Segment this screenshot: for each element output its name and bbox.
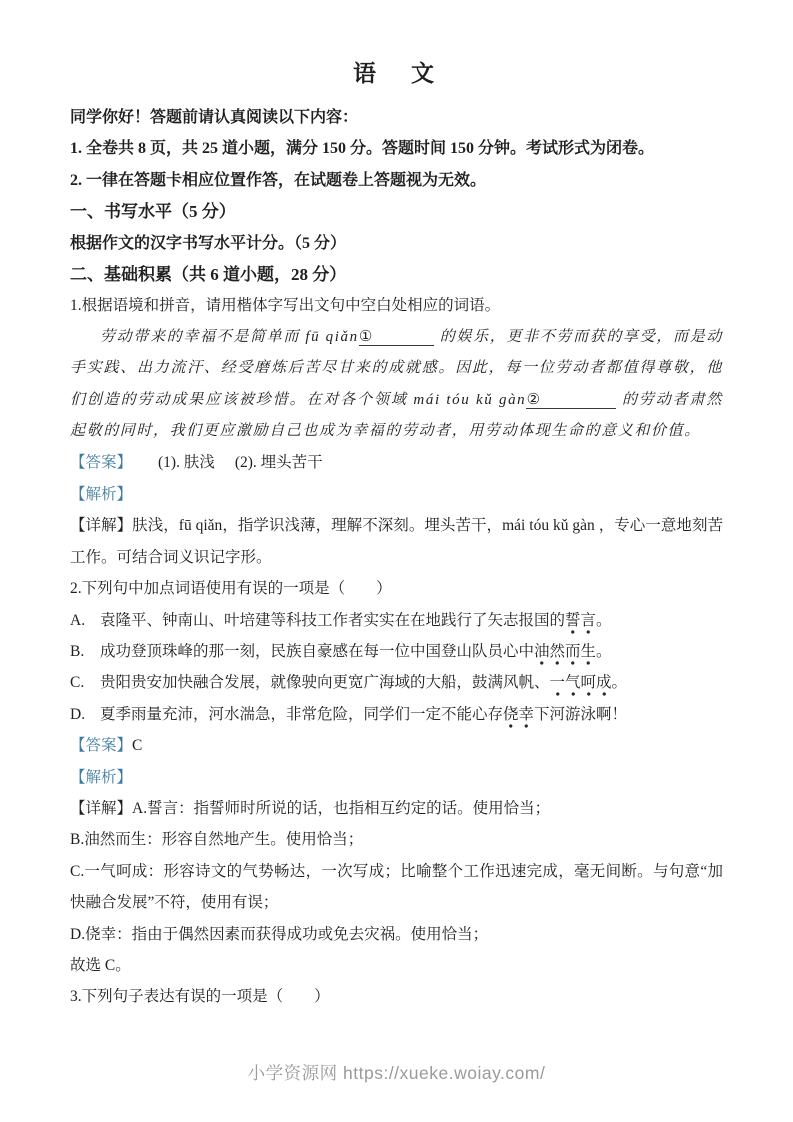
detail-label: 【详解】 [70, 800, 132, 817]
q1-passage: 劳动带来的幸福不是简单而 fū qiǎn① 的娱乐，更非不劳而获的享受，而是动手… [70, 322, 723, 448]
q1-detail: 【详解】肤浅，fū qiǎn，指学识浅薄，理解不深刻。埋头苦干，mái tóu … [70, 510, 723, 573]
option-label: C. [70, 667, 100, 698]
exam-page: 语 文 同学你好！答题前请认真阅读以下内容： 1. 全卷共 8 页，共 25 道… [0, 0, 793, 1013]
q2-option-a: A.袁隆平、钟南山、叶培建等科技工作者实实在在地践行了矢志报国的誓言。 [70, 605, 723, 636]
q1-detail-text: 肤浅，fū qiǎn，指学识浅薄，理解不深刻。埋头苦干，mái tóu kǔ g… [70, 517, 723, 565]
q1-answer-2: (2). 埋头苦干 [235, 454, 323, 471]
q2-analysis-line: 【解析】 [70, 762, 723, 793]
detail-label: 【详解】 [70, 517, 132, 534]
q2-detail-a-text: A.誓言：指誓师时所说的话，也指相互约定的话。使用恰当； [132, 800, 550, 817]
analysis-label: 【解析】 [70, 486, 132, 503]
option-text-end: 。 [596, 612, 612, 629]
q2-option-b: B.成功登顶珠峰的那一刻，民族自豪感在每一位中国登山队员心中油然而生。 [70, 636, 723, 667]
circled-number-2: ② [526, 392, 540, 408]
option-label: A. [70, 605, 100, 636]
option-text: 成功登顶珠峰的那一刻，民族自豪感在每一位中国登山队员心中 [100, 643, 534, 660]
q3-stem: 3.下列句子表达有误的一项是（ ） [70, 981, 723, 1012]
option-text-end: 。 [596, 643, 612, 660]
emphasized-word: 誓言 [565, 612, 596, 635]
q1-answer-1: (1). 肤浅 [158, 454, 215, 471]
q1-analysis-line: 【解析】 [70, 479, 723, 510]
emphasized-word: 侥幸 [503, 706, 534, 729]
option-text: 夏季雨量充沛，河水湍急，非常危险，同学们一定不能心存 [100, 706, 503, 723]
q2-stem: 2.下列句中加点词语使用有误的一项是（ ） [70, 573, 723, 604]
page-title: 语 文 [70, 56, 723, 92]
q1-stem: 1.根据语境和拼音，请用楷体字写出文句中空白处相应的词语。 [70, 290, 723, 321]
answer-label: 【答案】 [70, 737, 132, 754]
q2-answer: C [132, 737, 142, 754]
passage-text-1: 劳动带来的幸福不是简单而 fū qiǎn [100, 329, 359, 345]
q2-answer-line: 【答案】C [70, 730, 723, 761]
exam-rule-1: 1. 全卷共 8 页，共 25 道小题，满分 150 分。答题时间 150 分钟… [70, 133, 723, 164]
q2-detail-b: B.油然而生：形容自然地产生。使用恰当； [70, 824, 723, 855]
q2-option-c: C.贵阳贵安加快融合发展，就像驶向更宽广海域的大船，鼓满风帆、一气呵成。 [70, 667, 723, 698]
option-text-end: 。 [612, 674, 628, 691]
section-1-heading: 一、书写水平（5 分） [70, 196, 723, 227]
q2-conclusion: 故选 C。 [70, 950, 723, 981]
exam-rule-2: 2. 一律在答题卡相应位置作答，在试题卷上答题视为无效。 [70, 165, 723, 196]
site-footer: 小学资源网 https://xueke.woiay.com/ [0, 1060, 793, 1085]
section-1-body: 根据作文的汉字书写水平计分。（5 分） [70, 228, 723, 259]
option-text: 贵阳贵安加快融合发展，就像驶向更宽广海域的大船，鼓满风帆、 [100, 674, 550, 691]
q1-answer-line: 【答案】(1). 肤浅(2). 埋头苦干 [70, 447, 723, 478]
q2-detail-d: D.侥幸：指由于偶然因素而获得成功或免去灾祸。使用恰当； [70, 919, 723, 950]
option-label: D. [70, 699, 100, 730]
fill-blank-2: ② [526, 392, 616, 409]
option-label: B. [70, 636, 100, 667]
emphasized-word: 油然而生 [534, 643, 596, 666]
option-text: 袁隆平、钟南山、叶培建等科技工作者实实在在地践行了矢志报国的 [100, 612, 565, 629]
q2-option-d: D.夏季雨量充沛，河水湍急，非常危险，同学们一定不能心存侥幸下河游泳啊！ [70, 699, 723, 730]
analysis-label: 【解析】 [70, 769, 132, 786]
option-text-end: 下河游泳啊！ [534, 706, 627, 723]
section-2-heading: 二、基础积累（共 6 道小题，28 分） [70, 259, 723, 290]
emphasized-word: 一气呵成 [550, 674, 612, 697]
answer-label: 【答案】 [70, 454, 132, 471]
exam-notice: 同学你好！答题前请认真阅读以下内容： [70, 102, 723, 133]
q2-detail-c: C.一气呵成：形容诗文的气势畅达，一次写成；比喻整个工作迅速完成，毫无间断。与句… [70, 856, 723, 919]
q2-detail-a: 【详解】A.誓言：指誓师时所说的话，也指相互约定的话。使用恰当； [70, 793, 723, 824]
fill-blank-1: ① [359, 329, 435, 346]
circled-number-1: ① [359, 329, 373, 345]
